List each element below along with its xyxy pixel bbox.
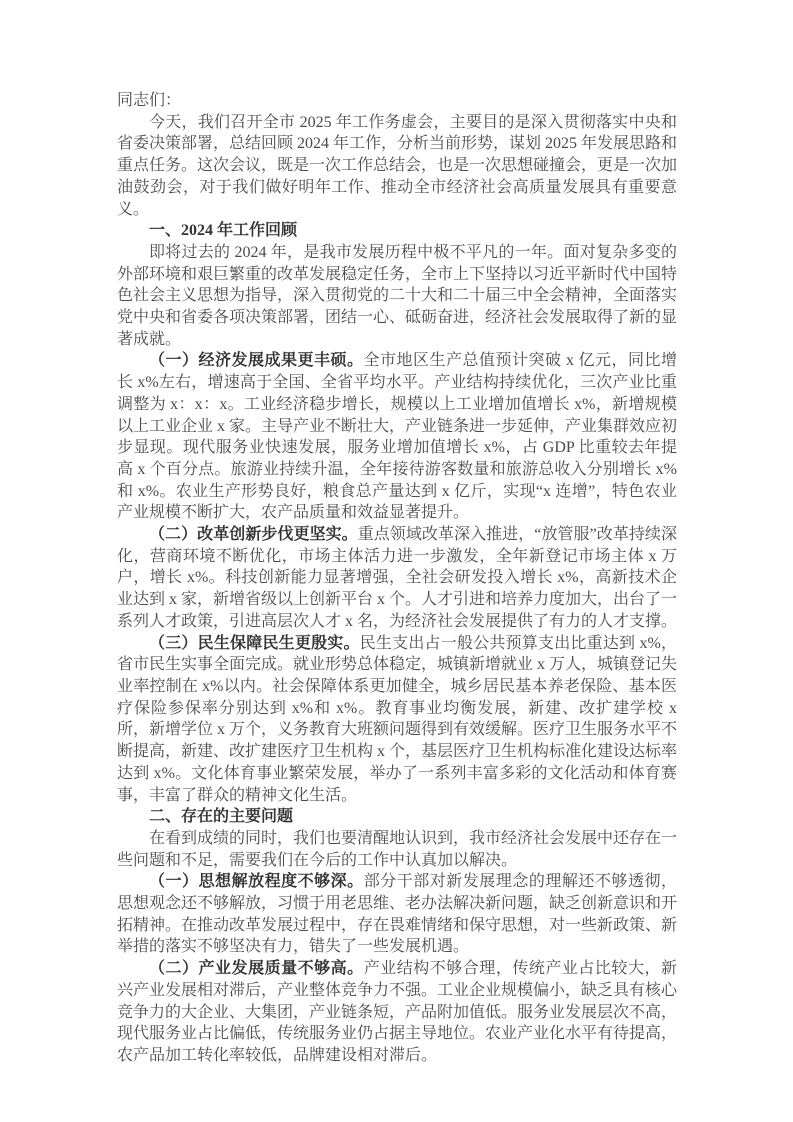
paragraph: （一）思想解放程度不够深。部分干部对新发展理念的理解还不够透彻，思想观念还不够解…	[117, 871, 677, 958]
document-page: 同志们：今天，我们召开全市 2025 年工作务虚会，主要目的是深入贯彻落实中央和…	[0, 0, 793, 1122]
paragraph-lead: （一）经济发展成果更丰硕。	[149, 352, 364, 369]
paragraph: 在看到成绩的同时，我们也要清醒地认识到，我市经济社会发展中还存在一些问题和不足，…	[117, 828, 677, 871]
paragraph: （三）民生保障民生更殷实。民生支出占一般公共预算支出比重达到 x%，省市民生实事…	[117, 633, 677, 807]
paragraph: （一）经济发展成果更丰硕。全市地区生产总值预计突破 x 亿元，同比增长 x%左右…	[117, 350, 677, 524]
salutation: 同志们：	[117, 90, 677, 112]
paragraph-lead: （一）思想解放程度不够深。	[149, 873, 364, 890]
document-body: 同志们：今天，我们召开全市 2025 年工作务虚会，主要目的是深入贯彻落实中央和…	[117, 90, 677, 1067]
paragraph-lead: （三）民生保障民生更殷实。	[149, 635, 360, 652]
section-heading: 二、存在的主要问题	[117, 806, 677, 828]
paragraph-lead: （二）产业发展质量不够高。	[149, 960, 364, 977]
section-heading: 一、2024 年工作回顾	[117, 220, 677, 242]
paragraph: 即将过去的 2024 年，是我市发展历程中极不平凡的一年。面对复杂多变的外部环境…	[117, 242, 677, 351]
paragraph: （二）改革创新步伐更坚实。重点领域改革深入推进，“放管服”改革持续深化，营商环境…	[117, 524, 677, 633]
paragraph: 今天，我们召开全市 2025 年工作务虚会，主要目的是深入贯彻落实中央和省委决策…	[117, 112, 677, 221]
paragraph-lead: （二）改革创新步伐更坚实。	[149, 526, 358, 543]
paragraph: （二）产业发展质量不够高。产业结构不够合理，传统产业占比较大，新兴产业发展相对滞…	[117, 958, 677, 1067]
